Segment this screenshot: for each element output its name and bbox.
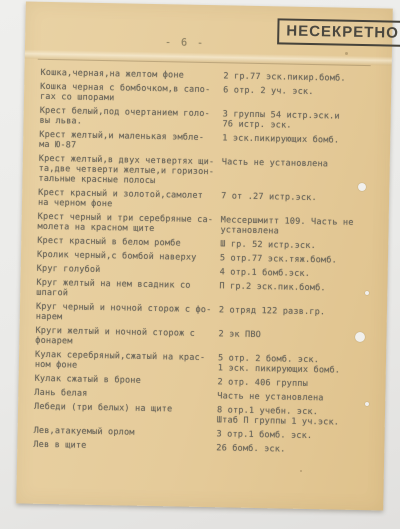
emblem-description: Крест красный в белом ромбе: [37, 236, 220, 250]
emblem-description: Круги желтый и ночной сторож с фонарем: [35, 326, 218, 350]
punch-hole: [365, 291, 369, 295]
unit-identification: 3 отр.1 бомб. эск.: [216, 429, 377, 442]
unit-identification: 7 от .27 истр.эск.: [221, 191, 382, 214]
emblem-description: Кошка черная с бомбочком,в сапо- гах со …: [40, 82, 223, 106]
classification-stamp: НЕСЕКРЕТНО: [277, 18, 400, 46]
classification-stamp-label: НЕСЕКРЕТНО: [286, 23, 399, 42]
emblem-description: Крест красный и золотой,самолет на черно…: [38, 188, 221, 212]
table-row: Лебеди (три белых) на щите8 отр.1 учебн.…: [34, 402, 378, 429]
photo-background: НЕСЕКРЕТНО - 6 - Кошка,черная,на желтом …: [0, 0, 400, 529]
emblem-description: Лань белая: [34, 388, 217, 402]
emblem-description: Крест желтый,и маленькая эмбле- ма Ю-87: [39, 130, 222, 154]
emblem-description: Круг желтый на нем всадник со шпагой: [36, 278, 219, 302]
paper-speck: [300, 470, 302, 472]
unit-identification: 2 отр. 406 группы: [217, 377, 378, 390]
table-row: Кошка черная с бомбочком,в сапо- гах со …: [40, 82, 384, 109]
unit-identification: 26 бомб. эск.: [216, 443, 377, 456]
table-row: Крест желтый,и маленькая эмбле- ма Ю-871…: [39, 130, 383, 157]
unit-identification: Мессершмитт 109. Часть не установлена: [220, 215, 381, 238]
emblem-description: Крест черный и три серебряные са- молета…: [37, 212, 220, 236]
unit-identification: 2 гр.77 эск.пикир.бомб.: [223, 71, 384, 84]
table-row: Кулак серебряный,сжатый на крас- ном фон…: [35, 350, 379, 377]
paper-speck: [345, 52, 348, 55]
punch-hole: [365, 402, 369, 406]
unit-identification: 3 группы 54 истр.эск.и 76 истр. эск.: [222, 109, 383, 132]
emblem-description: Лебеди (три белых) на щите: [34, 402, 217, 426]
table-row: Круги желтый и ночной сторож с фонарем2 …: [35, 326, 379, 353]
table-row: Крест белый,под очертанием голо- вы льва…: [39, 106, 383, 133]
table-row: Круг желтый на нем всадник со шпагойП гр…: [36, 278, 380, 305]
unit-identification: Часть не установлена: [217, 391, 378, 404]
emblem-table: Кошка,черная,на желтом фоне2 гр.77 эск.п…: [33, 68, 384, 461]
emblem-description: Кролик черный,с бомбой наверху: [37, 250, 220, 264]
emblem-description: Крест белый,под очертанием голо- вы льва…: [39, 106, 222, 130]
table-row: Круг черный и ночной сторож с фо- нарем2…: [36, 302, 380, 329]
emblem-description: Лев,атакуемый орлом: [34, 426, 217, 440]
unit-identification: 5 отр. 2 бомб. эск. 1 эск. пикирующих бо…: [218, 353, 379, 376]
table-row: Крест красный и золотой,самолет на черно…: [38, 188, 382, 215]
emblem-description: Круг черный и ночной сторож с фо- нарем: [36, 302, 219, 326]
emblem-description: Крест желтый,в двух четвертях щи- та,две…: [38, 154, 222, 188]
table-row: Крест желтый,в двух четвертях щи- та,две…: [38, 154, 383, 191]
unit-identification: 5 отр.77 эск.тяж.бомб.: [220, 253, 381, 266]
table-row: Крест черный и три серебряные са- молета…: [37, 212, 381, 239]
unit-identification: 4 отр.1 бомб.эск.: [220, 267, 381, 280]
emblem-description: Круг голубой: [37, 264, 220, 278]
unit-identification: 8 отр.1 учебн. эск. Штаб П группы 1 уч.э…: [217, 405, 378, 428]
table-row: Лев в щите26 бомб. эск.: [33, 440, 377, 457]
emblem-description: Кулак серебряный,сжатый на крас- ном фон…: [35, 350, 218, 374]
unit-identification: 6 отр. 2 уч. эск.: [223, 85, 384, 108]
emblem-description: Кошка,черная,на желтом фоне: [40, 68, 223, 82]
unit-identification: Ш гр. 52 истр.эск.: [220, 239, 381, 252]
unit-identification: 1 эск.пикирующих бомб.: [222, 133, 383, 156]
document-page: НЕСЕКРЕТНО - 6 - Кошка,черная,на желтом …: [16, 2, 393, 511]
unit-identification: П гр.2 эск.пик.бомб.: [219, 281, 380, 304]
emblem-description: Кулак сжатый в броне: [35, 374, 218, 388]
paper-crease: [25, 50, 392, 66]
punch-hole: [355, 332, 365, 342]
unit-identification: 2 отряд 122 разв.гр.: [219, 305, 380, 328]
emblem-description: Лев в щите: [33, 440, 216, 454]
punch-hole: [358, 183, 366, 191]
page-number: - 6 -: [145, 37, 225, 50]
